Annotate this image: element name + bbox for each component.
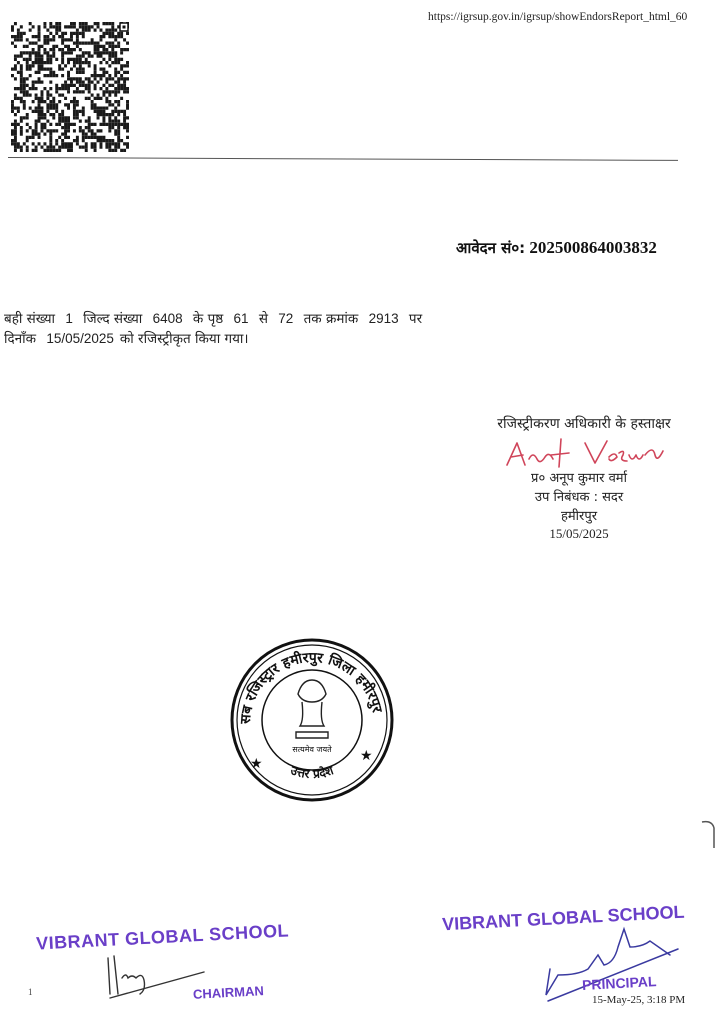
book-label: बही संख्या	[4, 311, 55, 327]
volume-number: 6408	[153, 311, 183, 326]
seal-motto: सत्यमेव जयते	[292, 744, 332, 754]
registration-suffix: को रजिस्ट्रीकृत किया गया।	[120, 331, 249, 347]
scan-mark	[700, 818, 720, 852]
chairman-label: CHAIRMAN	[193, 983, 264, 1002]
registration-statement: बही संख्या 1 जिल्द संख्या 6408 के पृष्ठ …	[4, 309, 422, 349]
application-number-value: 202500864003832	[529, 238, 657, 257]
signatory-date: 15/05/2025	[454, 526, 704, 542]
to-label: से	[259, 311, 268, 327]
print-timestamp: 15-May-25, 3:18 PM	[592, 994, 685, 1006]
principal-signature	[540, 925, 690, 1005]
on-label: पर	[409, 311, 422, 327]
star-icon: ★	[360, 749, 373, 764]
signature-caption: रजिस्ट्रीकरण अधिकारी के हस्ताक्षर	[464, 414, 704, 433]
signatory-location: हमीरपुर	[454, 507, 704, 526]
seal-bottom-text: उत्तर प्रदेश	[288, 763, 336, 781]
application-number-label: आवेदन सं०:	[456, 239, 525, 257]
serial-number: 2913	[369, 311, 399, 326]
star-icon: ★	[250, 757, 263, 772]
signatory-block: रजिस्ट्रीकरण अधिकारी के हस्ताक्षर प्र० अ…	[464, 414, 704, 542]
qr-code	[11, 22, 129, 152]
source-url: https://igrsup.gov.in/igrsup/showEndorsR…	[428, 11, 687, 23]
pages-label: के पृष्ठ	[193, 311, 223, 327]
svg-text:उत्तर प्रदेश: उत्तर प्रदेश	[288, 763, 336, 781]
registration-date: 15/05/2025	[46, 331, 114, 346]
volume-label: जिल्द संख्या	[83, 311, 142, 327]
official-seal: सब रजिस्ट्रार हमीरपुर जिला हमीरपुर उत्तर…	[228, 636, 396, 804]
date-label: दिनाँक	[4, 331, 36, 347]
registration-line-2: दिनाँक 15/05/2025को रजिस्ट्रीकृत किया गय…	[4, 329, 422, 349]
page-to: 72	[278, 311, 293, 326]
header-divider	[8, 157, 678, 161]
handwritten-signature	[499, 435, 669, 469]
serial-label: तक क्रमांक	[304, 311, 359, 327]
signatory-designation: उप निबंधक : सदर	[454, 488, 704, 507]
signatory-name: प्र० अनूप कुमार वर्मा	[454, 469, 704, 488]
ashoka-emblem-icon	[296, 680, 328, 738]
page-from: 61	[234, 311, 249, 326]
registration-line-1: बही संख्या 1 जिल्द संख्या 6408 के पृष्ठ …	[4, 309, 422, 329]
application-number: आवेदन सं०: 202500864003832	[456, 238, 657, 258]
book-number: 1	[65, 311, 73, 326]
page-number: 1	[28, 987, 33, 997]
